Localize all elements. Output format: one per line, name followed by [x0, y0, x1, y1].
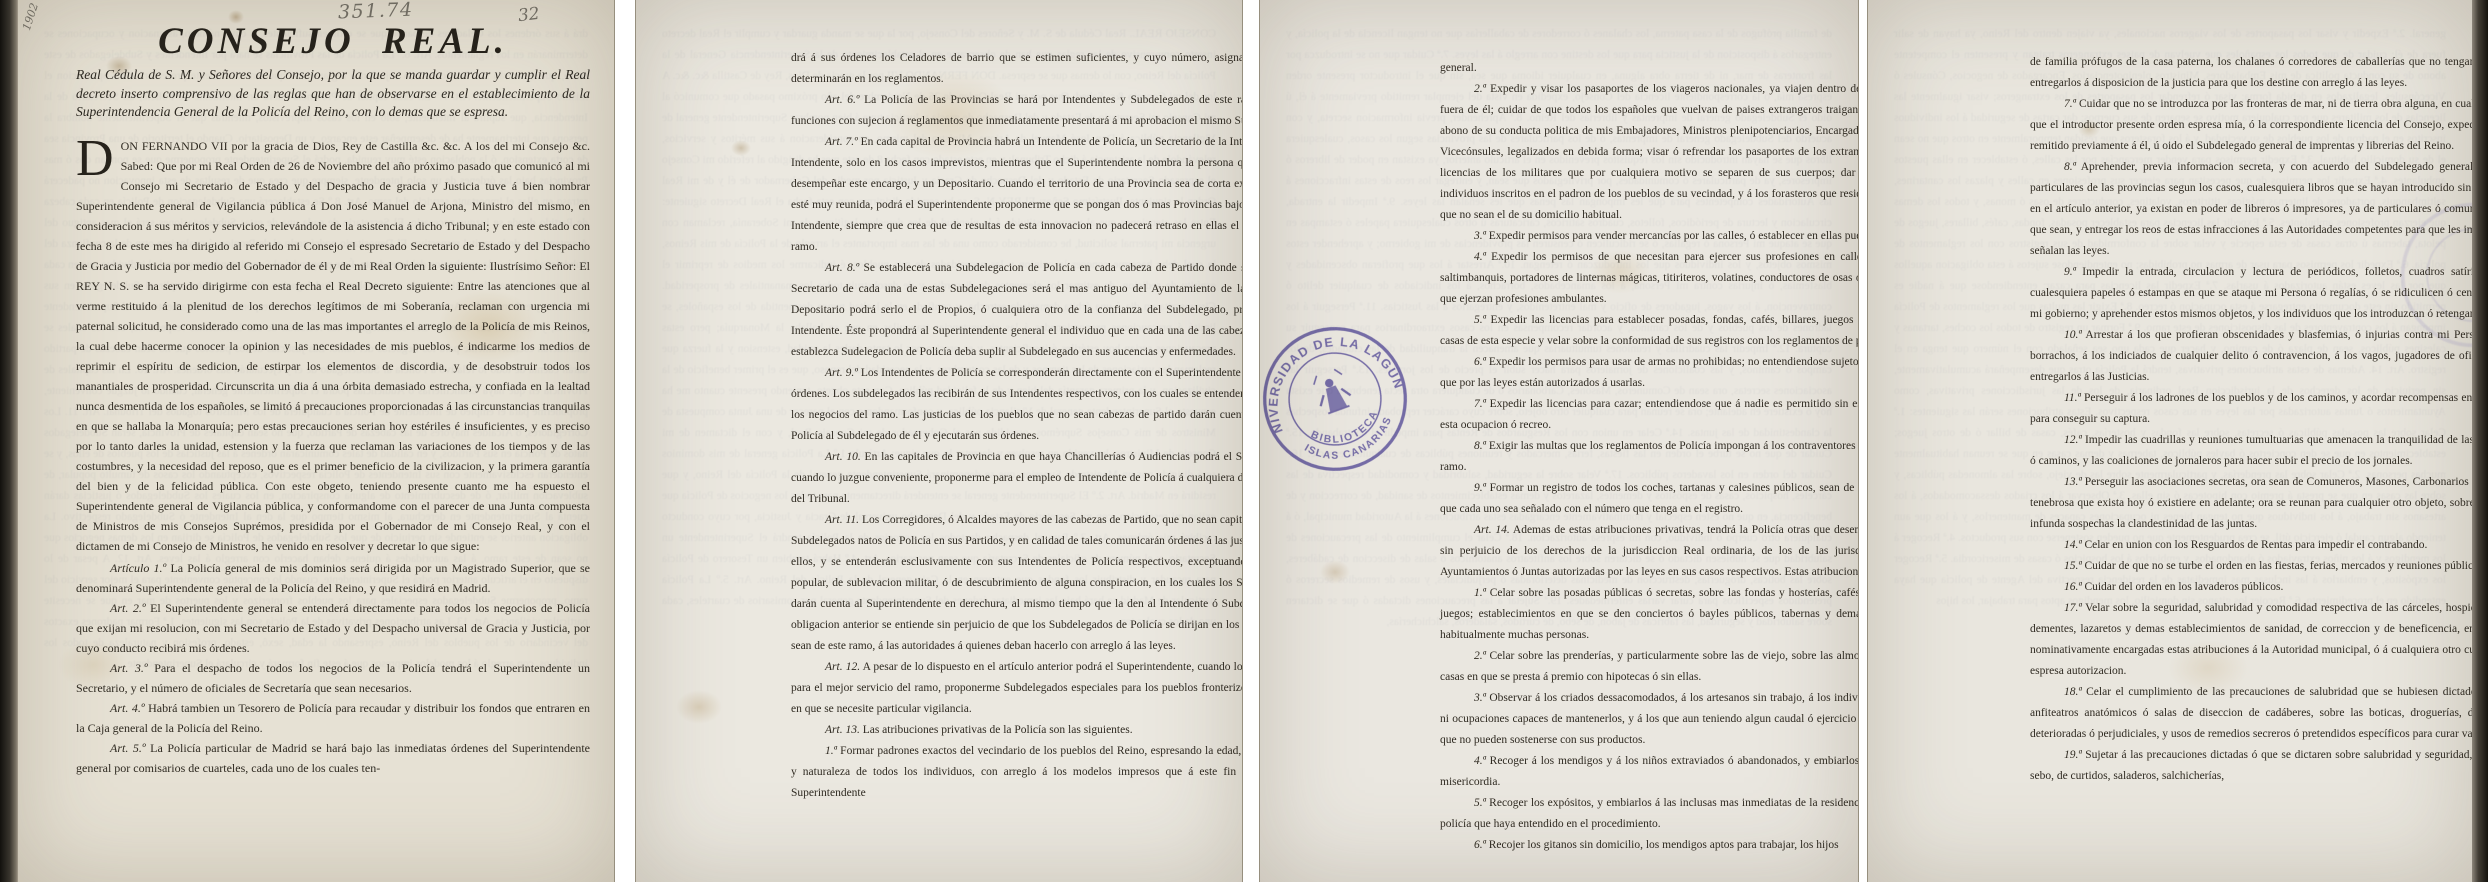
- article-paragraph: 11.ª Perseguir á los ladrones de los pue…: [2030, 388, 2472, 430]
- article-label: 9.ª: [1474, 482, 1486, 494]
- article-text: Perseguir á los ladrones de los pueblos …: [2030, 392, 2472, 425]
- article-paragraph: 5.ª Recoger los expósitos, y embiarlos á…: [1440, 793, 1858, 835]
- scanned-page-2: CONSEJO REAL. Real Cédula de S. M. y Señ…: [636, 0, 1242, 882]
- scanned-page-1: drá á sus órdenes los Celadores de barri…: [18, 0, 614, 882]
- article-label: 17.ª: [2064, 602, 2082, 614]
- article-label: Art. 9.º: [825, 367, 858, 379]
- page1-text-column: CONSEJO REAL. Real Cédula de S. M. y Señ…: [76, 24, 590, 778]
- article-paragraph: 10.ª Arrestar á los que profieran obscen…: [2030, 325, 2472, 388]
- article-label: 11.ª: [2064, 392, 2081, 404]
- article-label: 4.ª: [1474, 251, 1486, 263]
- article-text: Celar en union con los Resguardos de Ren…: [2084, 539, 2427, 551]
- article-paragraph: Art. 5.º La Policía particular de Madrid…: [76, 738, 590, 778]
- article-text: La Policía particular de Madrid se hará …: [76, 741, 590, 775]
- article-text: Se establecerá una Subdelegacion de Poli…: [791, 262, 1242, 358]
- article-paragraph: 2.ª Expedir y visar los pasaportes de lo…: [1440, 79, 1858, 226]
- article-label: 9.ª: [2064, 266, 2076, 278]
- article-label: 10.ª: [2064, 329, 2082, 341]
- article-text: Exigir las multas que los reglamentos de…: [1440, 440, 1858, 473]
- article-text: Para el despacho de todos los negocios d…: [76, 661, 590, 695]
- article-text: Expedir las licencias para cazar; entend…: [1440, 398, 1858, 431]
- scanned-page-3: de familia prófugos de la casa paterna, …: [1260, 0, 1858, 882]
- article-paragraph: Art. 10. En las capitales de Provincia e…: [791, 447, 1242, 510]
- article-label: Artículo 1.º: [110, 561, 166, 575]
- article-label: 18.ª: [2064, 686, 2082, 698]
- article-label: Art. 10.: [825, 451, 861, 463]
- article-list: Art. 6.º La Policía de las Provincias se…: [791, 90, 1242, 804]
- library-stamp-icon: UNIVERSIDAD DE LA LAGUNA BIBLIOTECA ISLA…: [1260, 303, 1431, 495]
- article-paragraph: Art. 13. Las atribuciones privativas de …: [791, 720, 1242, 741]
- article-text: Arrestar á los que profieran obscenidade…: [2030, 329, 2472, 383]
- stain: [731, 140, 751, 156]
- article-label: 19.ª: [2064, 749, 2082, 761]
- photo-right-edge: [2472, 0, 2488, 882]
- article-label: Art. 8.º: [825, 262, 859, 274]
- article-paragraph: 7.ª Expedir las licencias para cazar; en…: [1440, 394, 1858, 436]
- article-paragraph: 6.ª Expedir los permisos para usar de ar…: [1440, 352, 1858, 394]
- article-text: Habrá tambien un Tesorero de Policía par…: [76, 701, 590, 735]
- article-paragraph: 16.ª Cuidar del orden en los lavaderos p…: [2030, 577, 2472, 598]
- article-text: Recoger á los mendigos y á los niños ext…: [1440, 755, 1858, 788]
- article-text: Celar el cumplimiento de las precaucione…: [2030, 686, 2472, 740]
- royal-decree-intro: DON FERNANDO VII por la gracia de Dios, …: [76, 136, 590, 556]
- article-label: 14.ª: [2064, 539, 2082, 551]
- article-paragraph: 8.ª Aprehender, previa informacion secre…: [2030, 157, 2472, 262]
- article-text: Los Corregidores, ó Alcaldes mayores de …: [791, 514, 1242, 652]
- article-text: Impedir las cuadrillas y reuniones tumul…: [2030, 434, 2472, 467]
- article-paragraph: 15.ª Cuidar de que no se turbe el orden …: [2030, 556, 2472, 577]
- article-text: Formar padrones exactos del vecindario d…: [791, 745, 1242, 799]
- article-text: Recojer los gitanos sin domicilio, los m…: [1489, 839, 1839, 851]
- pencil-classmark-note: 351.74: [338, 0, 414, 23]
- article-label: 15.ª: [2064, 560, 2082, 572]
- article-label: Art. 12.: [825, 661, 860, 673]
- article-label: Art. 6.º: [825, 94, 859, 106]
- book-spine-edge: [0, 0, 18, 882]
- article-text: Observar á los criados dessacomodados, á…: [1440, 692, 1858, 746]
- article-label: 2.ª: [1474, 650, 1486, 662]
- article-label: 12.ª: [2064, 434, 2082, 446]
- article-paragraph: 5.ª Expedir las licencias para establece…: [1440, 310, 1858, 352]
- article-paragraph: Art. 3.º Para el despacho de todos los n…: [76, 658, 590, 698]
- article-text: Los Intendentes de Policía se correspond…: [791, 367, 1242, 442]
- article-label: 4.ª: [1474, 755, 1486, 767]
- article-text: Velar sobre la seguridad, salubridad y c…: [2030, 602, 2472, 677]
- article-text: Celar sobre las prenderías, y particular…: [1440, 650, 1858, 683]
- article-text: Sujetar á las precauciones dictadas ó qu…: [2030, 749, 2472, 782]
- continuation-paragraph: drá á sus órdenes los Celadores de barri…: [791, 48, 1242, 90]
- article-label: 13.ª: [2064, 476, 2082, 488]
- article-paragraph: Art. 12. A pesar de lo dispuesto en el a…: [791, 657, 1242, 720]
- page3-text-column: general. 2.ª Expedir y visar los pasapor…: [1440, 58, 1858, 856]
- article-paragraph: 17.ª Velar sobre la seguridad, salubrida…: [2030, 598, 2472, 682]
- article-paragraph: 4.ª Expedir los permisos de que necesita…: [1440, 247, 1858, 310]
- article-label: 5.ª: [1474, 314, 1486, 326]
- article-paragraph: 18.ª Celar el cumplimiento de las precau…: [2030, 682, 2472, 745]
- article-paragraph: Art. 6.º La Policía de las Provincias se…: [791, 90, 1242, 132]
- article-text: Cuidar que no se introduzca por las fron…: [2030, 98, 2472, 152]
- article-paragraph: Artículo 1.º La Policía general de mis d…: [76, 558, 590, 598]
- article-paragraph: Art. 4.º Habrá tambien un Tesorero de Po…: [76, 698, 590, 738]
- article-text: Impedir la entrada, circulacion y lectur…: [2030, 266, 2472, 320]
- article-label: 5.ª: [1474, 797, 1486, 809]
- article-paragraph: 7.ª Cuidar que no se introduzca por las …: [2030, 94, 2472, 157]
- article-text: Expedir las licencias para establecer po…: [1440, 314, 1858, 347]
- continuation-paragraph: general.: [1440, 58, 1858, 79]
- article-text: Las atribuciones privativas de la Policí…: [863, 724, 1133, 736]
- article-text: Expedir los permisos de que necesitan pa…: [1440, 251, 1858, 305]
- article-label: Art. 7.º: [825, 136, 858, 148]
- article-text: En cada capital de Provincia habrá un In…: [791, 136, 1242, 253]
- article-label: Art. 14.: [1474, 524, 1510, 536]
- article-label: Art. 4.º: [110, 701, 145, 715]
- article-list: 2.ª Expedir y visar los pasaportes de lo…: [1440, 79, 1858, 856]
- article-label: Art. 11.: [825, 514, 859, 526]
- stamp-emblem: [1310, 367, 1353, 415]
- article-label: Art. 2.º: [110, 601, 146, 615]
- article-label: 7.ª: [2064, 98, 2076, 110]
- article-paragraph: 4.ª Recoger á los mendigos y á los niños…: [1440, 751, 1858, 793]
- article-text: Cuidar de que no se turbe el orden en la…: [2084, 560, 2472, 572]
- drop-cap: D: [76, 136, 121, 179]
- article-paragraph: Art. 2.º El Superintendente general se e…: [76, 598, 590, 658]
- article-paragraph: 3.ª Observar á los criados dessacomodado…: [1440, 688, 1858, 751]
- article-paragraph: 19.ª Sujetar á las precauciones dictadas…: [2030, 745, 2472, 787]
- continuation-paragraph: de familia prófugos de la casa paterna, …: [2030, 52, 2472, 94]
- article-text: Recoger los expósitos, y embiarlos á las…: [1440, 797, 1858, 830]
- article-label: Art. 3.º: [110, 661, 148, 675]
- page4-text-column: de familia prófugos de la casa paterna, …: [2030, 52, 2472, 787]
- article-paragraph: Art. 8.º Se establecerá una Subdelegacio…: [791, 258, 1242, 363]
- document-subtitle: Real Cédula de S. M. y Señores del Conse…: [76, 66, 590, 122]
- article-paragraph: Art. 11. Los Corregidores, ó Alcaldes ma…: [791, 510, 1242, 657]
- article-label: 8.ª: [1474, 440, 1486, 452]
- article-label: 3.ª: [1474, 692, 1486, 704]
- article-label: 6.ª: [1474, 839, 1486, 851]
- article-label: 1.ª: [825, 745, 837, 757]
- article-label: 8.ª: [2064, 161, 2076, 173]
- article-paragraph: Art. 14. Ademas de estas atribuciones pr…: [1440, 520, 1858, 583]
- stain: [1320, 560, 1350, 584]
- article-text: Aprehender, previa informacion secreta, …: [2030, 161, 2472, 257]
- article-paragraph: Art. 7.º En cada capital de Provincia ha…: [791, 132, 1242, 258]
- pencil-folio-number: 32: [517, 4, 541, 26]
- article-paragraph: Art. 9.º Los Intendentes de Policía se c…: [791, 363, 1242, 447]
- article-paragraph: 8.ª Exigir las multas que los reglamento…: [1440, 436, 1858, 478]
- scanned-page-4: general. 2.ª Expedir y visar los pasapor…: [1868, 0, 2472, 882]
- article-label: Art. 5.º: [110, 741, 146, 755]
- article-paragraph: 13.ª Perseguir las asociaciones secretas…: [2030, 472, 2472, 535]
- article-list: Artículo 1.º La Policía general de mis d…: [76, 558, 590, 778]
- article-paragraph: 14.ª Celar en union con los Resguardos d…: [2030, 535, 2472, 556]
- article-paragraph: 1.ª Celar sobre las posadas públicas ó s…: [1440, 583, 1858, 646]
- article-text: Expedir y visar los pasaportes de los vi…: [1440, 83, 1858, 221]
- article-paragraph: 12.ª Impedir las cuadrillas y reuniones …: [2030, 430, 2472, 472]
- page2-text-column: drá á sus órdenes los Celadores de barri…: [791, 48, 1242, 804]
- article-text: Expedir los permisos para usar de armas …: [1440, 356, 1858, 389]
- pencil-margin-note: 1902: [20, 1, 41, 32]
- article-list: 7.ª Cuidar que no se introduzca por las …: [2030, 94, 2472, 787]
- article-label: Art. 13.: [825, 724, 860, 736]
- article-text: Perseguir las asociaciones secretas, ora…: [2030, 476, 2472, 530]
- article-text: Expedir permisos para vender mercancías …: [1489, 230, 1858, 242]
- article-text: El Superintendente general se entenderá …: [76, 601, 590, 655]
- article-paragraph: 2.ª Celar sobre las prenderías, y partic…: [1440, 646, 1858, 688]
- article-label: 2.ª: [1474, 83, 1486, 95]
- stain: [676, 690, 722, 724]
- article-label: 6.ª: [1474, 356, 1486, 368]
- article-text: Cuidar del orden en los lavaderos públic…: [2084, 581, 2283, 593]
- article-paragraph: 9.ª Impedir la entrada, circulacion y le…: [2030, 262, 2472, 325]
- article-label: 16.ª: [2064, 581, 2082, 593]
- document-title: CONSEJO REAL.: [76, 32, 590, 52]
- article-label: 1.ª: [1474, 587, 1486, 599]
- article-label: 3.ª: [1474, 230, 1486, 242]
- article-paragraph: 6.ª Recojer los gitanos sin domicilio, l…: [1440, 835, 1858, 856]
- article-text: Celar sobre las posadas públicas ó secre…: [1440, 587, 1858, 641]
- article-paragraph: 1.ª Formar padrones exactos del vecindar…: [791, 741, 1242, 804]
- article-text: Formar un registro de todos los coches, …: [1440, 482, 1858, 515]
- article-paragraph: 9.ª Formar un registro de todos los coch…: [1440, 478, 1858, 520]
- intro-text: ON FERNANDO VII por la gracia de Dios, R…: [76, 139, 590, 553]
- article-label: 7.ª: [1474, 398, 1486, 410]
- article-text: La Policía de las Provincias se hará por…: [791, 94, 1242, 127]
- article-paragraph: 3.ª Expedir permisos para vender mercanc…: [1440, 226, 1858, 247]
